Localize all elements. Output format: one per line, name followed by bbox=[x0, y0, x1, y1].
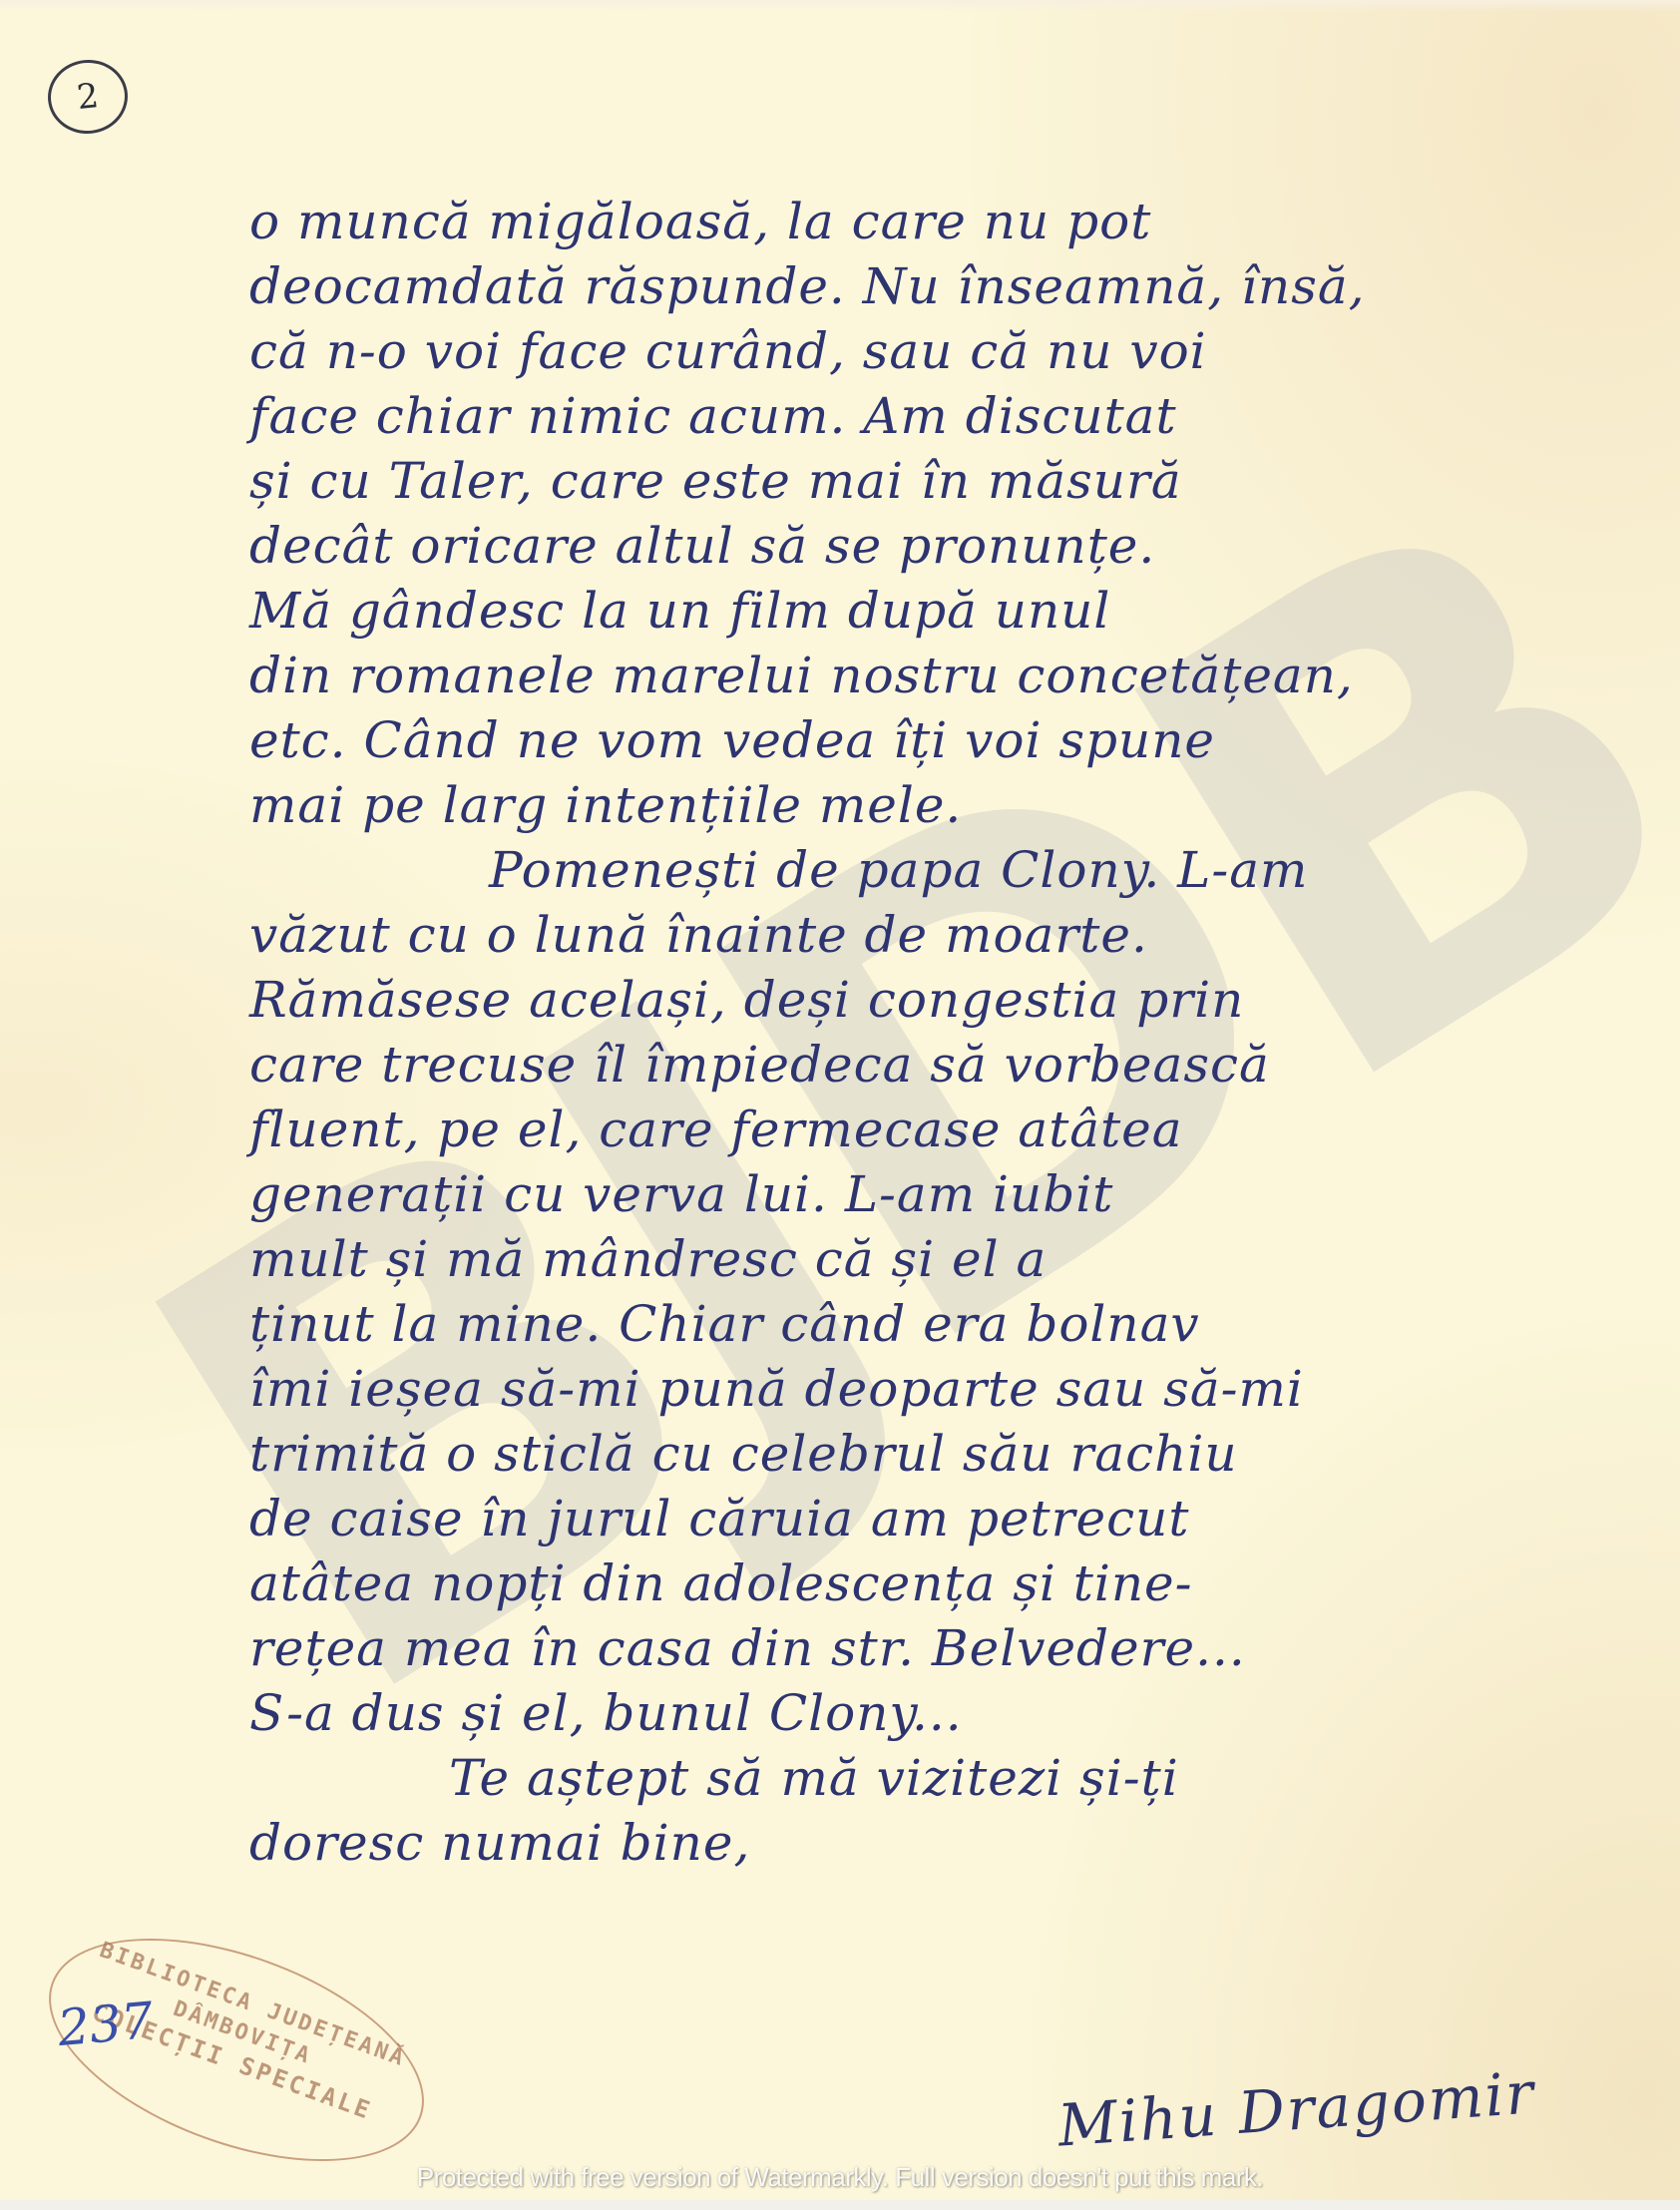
watermark-notice: Protected with free version of Watermark… bbox=[0, 2162, 1680, 2193]
paper-bottom-edge bbox=[0, 2200, 1680, 2210]
letter-line: că n-o voi face curând, sau că nu voi bbox=[249, 319, 1626, 384]
letter-line: Mă gândesc la un film după unul bbox=[249, 579, 1626, 644]
page-number-circle: 2 bbox=[44, 56, 131, 138]
letter-line: face chiar nimic acum. Am discutat bbox=[249, 384, 1626, 449]
letter-line: care trecuse îl împiedeca să vorbească bbox=[249, 1033, 1626, 1098]
archive-number: 237 bbox=[56, 1991, 156, 2057]
letter-line: și cu Taler, care este mai în măsură bbox=[249, 449, 1626, 514]
letter-line: mult și mă mândresc că și el a bbox=[249, 1227, 1626, 1292]
letter-line: din romanele marelui nostru concetățean, bbox=[249, 644, 1626, 708]
letter-line: deocamdată răspunde. Nu înseamnă, însă, bbox=[249, 254, 1626, 319]
letter-line: etc. Când ne vom vedea îți voi spune bbox=[249, 708, 1626, 773]
letter-line: generații cu verva lui. L-am iubit bbox=[249, 1162, 1626, 1227]
letter-line: S-a dus și el, bunul Clony... bbox=[249, 1681, 1626, 1746]
letter-line: rețea mea în casa din str. Belvedere... bbox=[249, 1616, 1626, 1681]
letter-line: fluent, pe el, care fermecase atâtea bbox=[249, 1098, 1626, 1162]
paper-top-edge bbox=[0, 0, 1680, 12]
letter-line: văzut cu o lună înainte de moarte. bbox=[249, 903, 1626, 968]
letter-line: mai pe larg intențiile mele. bbox=[249, 773, 1626, 838]
page-number: 2 bbox=[75, 76, 101, 118]
letter-body: o muncă migăloasă, la care nu pot deocam… bbox=[249, 190, 1626, 1876]
letter-line: trimită o sticlă cu celebrul său rachiu bbox=[249, 1422, 1626, 1487]
letter-line: o muncă migăloasă, la care nu pot bbox=[249, 190, 1626, 254]
letter-line: ținut la mine. Chiar când era bolnav bbox=[249, 1292, 1626, 1357]
letter-closing-line: Te aștept să mă vizitezi și-ți bbox=[249, 1746, 1626, 1811]
letter-page: BJDB 2 o muncă migăloasă, la care nu pot… bbox=[0, 0, 1680, 2210]
letter-line: atâtea nopți din adolescența și tine- bbox=[249, 1551, 1626, 1616]
signature: Mihu Dragomir bbox=[1055, 2058, 1537, 2159]
letter-paragraph-start: Pomenești de papa Clony. L-am bbox=[249, 838, 1626, 903]
letter-line: îmi ieșea să-mi pună deoparte sau să-mi bbox=[249, 1357, 1626, 1422]
letter-closing-line: doresc numai bine, bbox=[249, 1811, 1626, 1876]
letter-line: Rămăsese același, deși congestia prin bbox=[249, 968, 1626, 1033]
letter-line: decât oricare altul să se pronunțe. bbox=[249, 514, 1626, 579]
letter-line: de caise în jurul căruia am petrecut bbox=[249, 1487, 1626, 1551]
